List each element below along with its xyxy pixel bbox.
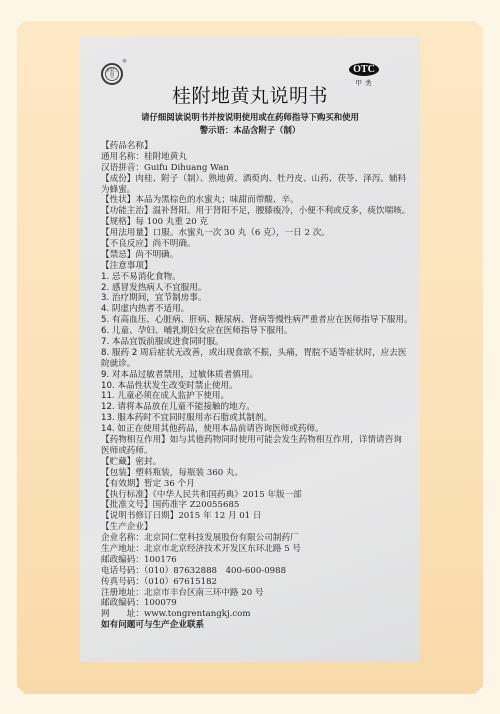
warning-statement: 警示语：本品含附子（制） [80, 125, 420, 136]
precaution-item: 7. 本品宜饭前服或进食同时服。 [101, 337, 407, 348]
section-drug-name: 【药品名称】 [101, 141, 407, 152]
registered-address: 注册地址：北京市丰台区南三环中路 20 号 [101, 588, 407, 599]
precaution-item: 11. 儿童必须在成人监护下使用。 [101, 391, 407, 402]
precaution-item: 3. 治疗期间，宜节制房事。 [101, 293, 407, 304]
precaution-item: 13. 服本药时不宜同时服用赤石脂或其制剂。 [101, 413, 407, 424]
leaflet-body: 【药品名称】 通用名称：桂附地黄丸 汉语拼音：Guifu Dihuang Wan… [101, 141, 407, 631]
otc-badge: OTC [349, 63, 379, 76]
pinyin-name: 汉语拼音：Guifu Dihuang Wan [101, 163, 407, 174]
precaution-item: 14. 如正在使用其他药品，使用本品前请咨询医师或药师。 [101, 424, 407, 435]
precaution-item: 8. 服药 2 周后症状无改善，或出现食欲不振，头痛，胃脘不适等症状时，应去医 [101, 348, 407, 359]
precaution-item: 5. 有高血压、心脏病、肝病、糖尿病、肾病等慢性病严重者应在医师指导下服用。 [101, 315, 407, 326]
ingredients-line-1: 【成份】肉桂、附子（制）、熟地黄、酒萸肉、牡丹皮、山药、茯苓、泽泻。辅料 [101, 174, 407, 185]
interactions-line-1: 【药物相互作用】如与其他药物同时使用可能会发生药物相互作用，详情请咨询 [101, 435, 407, 446]
precaution-item-continued: 院就诊。 [101, 359, 407, 370]
properties: 【性状】本品为黑棕色的水蜜丸；味甜而带酸、辛。 [101, 195, 407, 206]
precaution-item: 1. 忌不易消化食物。 [101, 272, 407, 283]
revision-date: 【说明书修订日期】2015 年 12 月 01 日 [101, 511, 407, 522]
manufacturer-website: 网 址：www.tongrentangkj.com [101, 609, 407, 620]
manufacturer-phone: 电话号码：（010）87632888 400-600-0988 [101, 566, 407, 577]
packaging: 【包装】塑料瓶装，每瓶装 360 丸。 [101, 468, 407, 479]
precaution-item: 9. 对本品过敏者禁用，过敏体质者慎用。 [101, 370, 407, 381]
interactions-line-2: 医师或药师。 [101, 446, 407, 457]
approval-number: 【批准文号】国药准字 Z20055685 [101, 500, 407, 511]
registered-mark: ® [122, 59, 127, 65]
dosage: 【用法用量】口服。水蜜丸一次 30 丸（6 克），一日 2 次。 [101, 228, 407, 239]
precaution-item: 6. 儿童、孕妇、哺乳期妇女应在医师指导下服用。 [101, 326, 407, 337]
adverse-reactions: 【不良反应】尚不明确。 [101, 239, 407, 250]
ingredients-line-2: 为蜂蜜。 [101, 185, 407, 196]
document-title: 桂附地黄丸说明书 [80, 85, 420, 107]
manufacturer-postcode: 邮政编码：100176 [101, 555, 407, 566]
reading-notice: 请仔细阅读说明书并按说明使用或在药师指导下购买和使用 [80, 112, 420, 123]
manufacturer-address: 生产地址：北京市北京经济技术开发区东环北路 5 号 [101, 544, 407, 555]
contact-note: 如有问题可与生产企业联系 [101, 620, 407, 631]
execution-standard: 【执行标准】《中华人民共和国药典》2015 年版一部 [101, 490, 407, 501]
generic-name: 通用名称：桂附地黄丸 [101, 152, 407, 163]
section-manufacturer: 【生产企业】 [101, 522, 407, 533]
specification: 【规格】每 100 丸重 20 克 [101, 217, 407, 228]
manufacturer-fax: 传真号码：（010）67615182 [101, 577, 407, 588]
precaution-item: 12. 请将本品放在儿童不能接触的地方。 [101, 402, 407, 413]
indications: 【功能主治】温补肾阳。用于肾阳不足，腰膝痠冷，小便不利或反多，痰饮喘咳。 [101, 206, 407, 217]
storage: 【贮藏】密封。 [101, 457, 407, 468]
section-precautions: 【注意事项】 [101, 261, 407, 272]
precaution-item: 2. 感冒发热病人不宜服用。 [101, 283, 407, 294]
manufacturer-name: 企业名称：北京同仁堂科技发展股份有限公司制药厂 [101, 533, 407, 544]
tongrentang-logo-icon: 同仁堂 [101, 63, 123, 85]
logo-seal: 同仁堂 [105, 67, 119, 81]
precaution-item: 4. 阴虚内热者不适用。 [101, 304, 407, 315]
contraindications: 【禁忌】尚不明确。 [101, 250, 407, 261]
validity-period: 【有效期】暂定 36 个月 [101, 479, 407, 490]
precaution-item: 10. 本品性状发生改变时禁止使用。 [101, 381, 407, 392]
registered-postcode: 邮政编码：100079 [101, 598, 407, 609]
